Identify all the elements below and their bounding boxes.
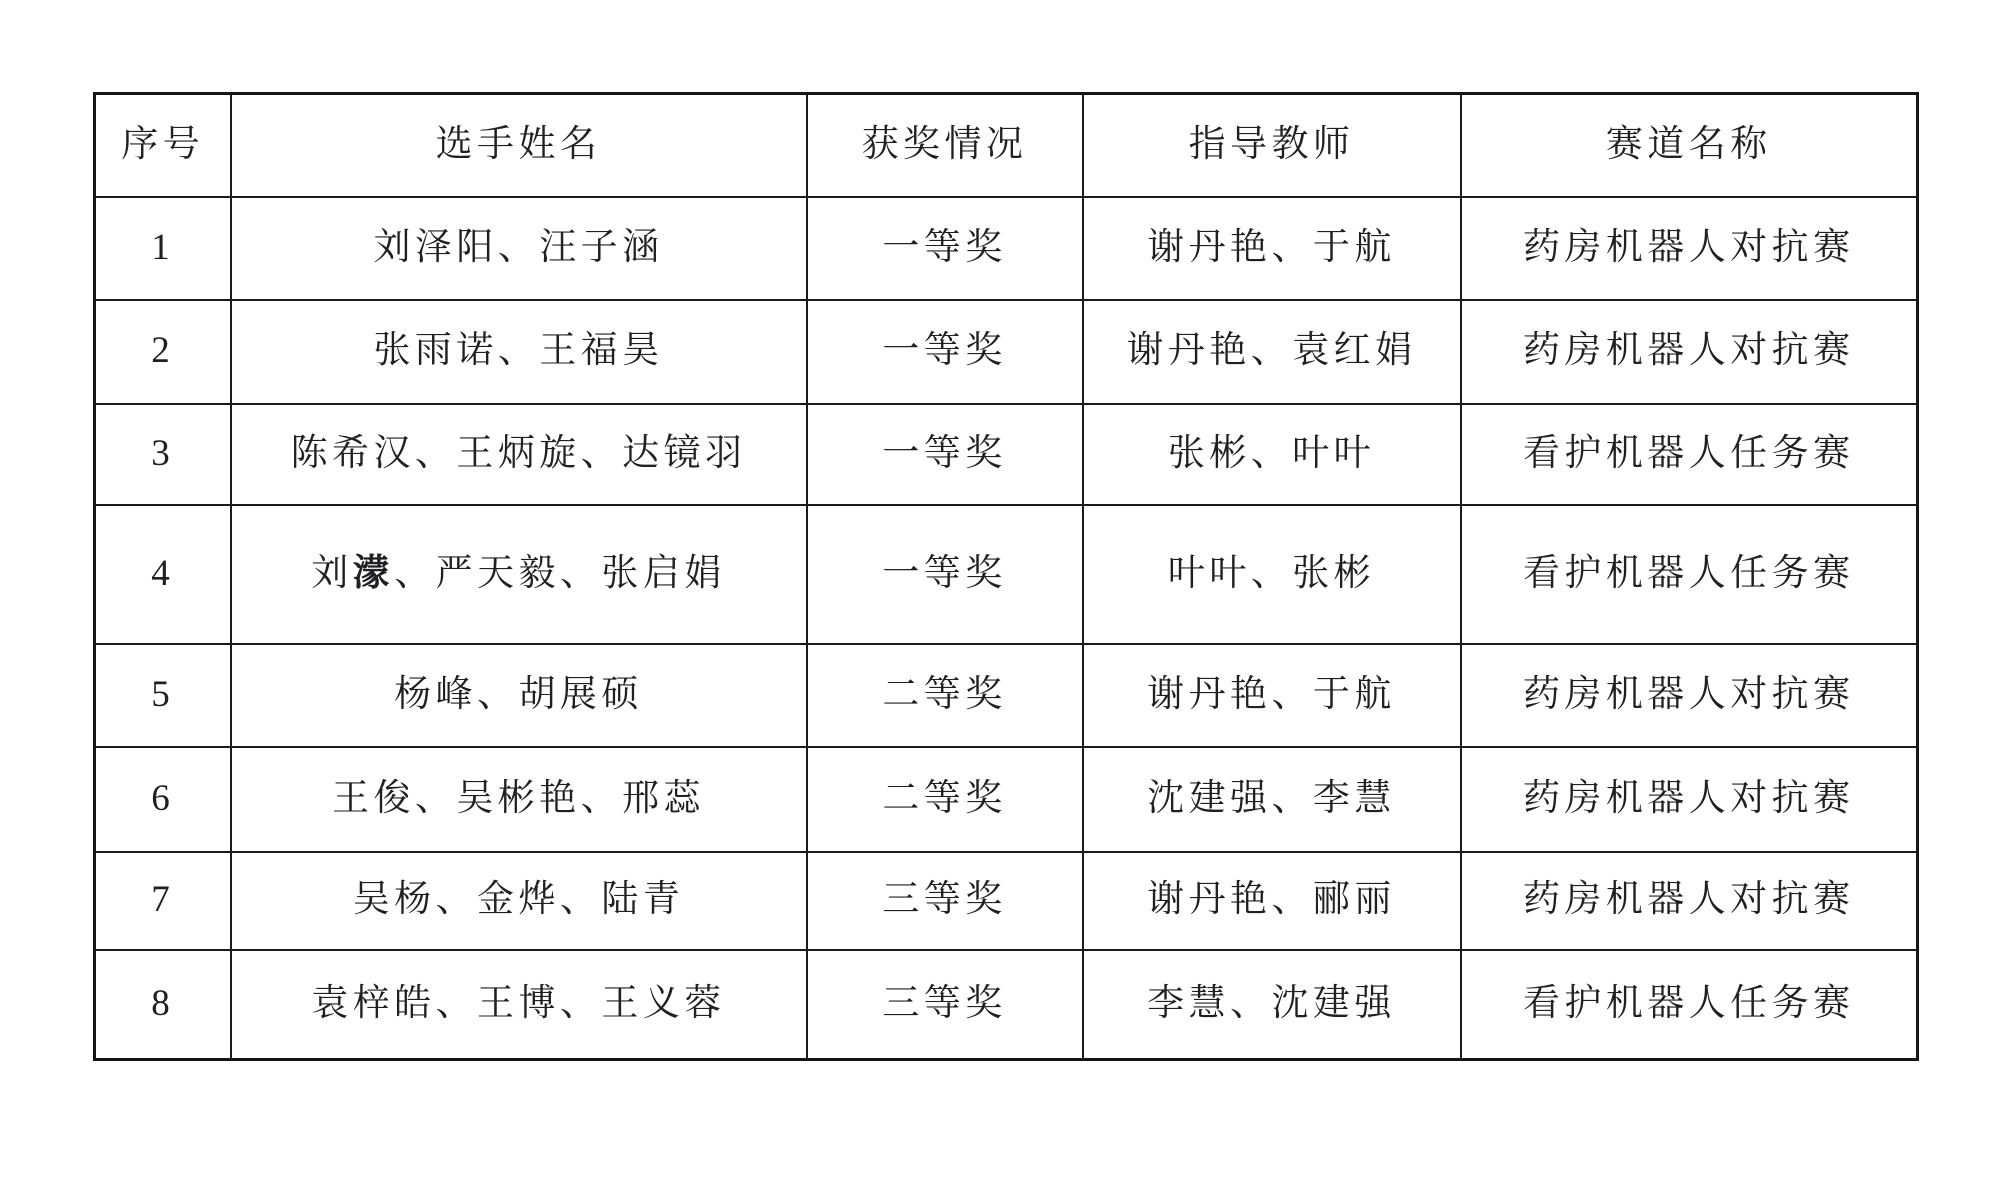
cell-contestants: 张雨诺、王福昊 [231,300,807,404]
header-cell-contestants: 选手姓名 [231,94,807,197]
table-row: 8袁梓皓、王博、王义蓉三等奖李慧、沈建强看护机器人任务赛 [95,950,1918,1060]
table-row: 7吴杨、金烨、陆青三等奖谢丹艳、郦丽药房机器人对抗赛 [95,852,1918,950]
cell-contestants: 袁梓皓、王博、王义蓉 [231,950,807,1060]
cell-track: 看护机器人任务赛 [1461,404,1918,505]
table-row: 1刘泽阳、汪子涵一等奖谢丹艳、于航药房机器人对抗赛 [95,197,1918,300]
cell-index: 8 [95,950,231,1060]
cell-award: 三等奖 [807,852,1083,950]
cell-teachers: 谢丹艳、郦丽 [1083,852,1461,950]
cell-teachers: 沈建强、李慧 [1083,747,1461,852]
header-cell-index: 序号 [95,94,231,197]
cell-track: 药房机器人对抗赛 [1461,644,1918,747]
cell-award: 三等奖 [807,950,1083,1060]
table-body: 1刘泽阳、汪子涵一等奖谢丹艳、于航药房机器人对抗赛2张雨诺、王福昊一等奖谢丹艳、… [95,197,1918,1060]
cell-award: 二等奖 [807,644,1083,747]
cell-contestants: 陈希汉、王炳旋、达镜羽 [231,404,807,505]
cell-track: 药房机器人对抗赛 [1461,747,1918,852]
table-row: 4刘濛、严天毅、张启娟一等奖叶叶、张彬看护机器人任务赛 [95,505,1918,644]
cell-teachers: 谢丹艳、袁红娟 [1083,300,1461,404]
cell-track: 药房机器人对抗赛 [1461,852,1918,950]
cell-index: 1 [95,197,231,300]
table-header: 序号 选手姓名 获奖情况 指导教师 赛道名称 [95,94,1918,197]
cell-index: 2 [95,300,231,404]
cell-award: 一等奖 [807,197,1083,300]
cell-award: 二等奖 [807,747,1083,852]
table-row: 3陈希汉、王炳旋、达镜羽一等奖张彬、叶叶看护机器人任务赛 [95,404,1918,505]
cell-teachers: 张彬、叶叶 [1083,404,1461,505]
cell-contestants: 刘濛、严天毅、张启娟 [231,505,807,644]
contestant-name-text: 刘 [311,553,352,594]
table-row: 2张雨诺、王福昊一等奖谢丹艳、袁红娟药房机器人对抗赛 [95,300,1918,404]
cell-track: 药房机器人对抗赛 [1461,197,1918,300]
table-header-row: 序号 选手姓名 获奖情况 指导教师 赛道名称 [95,94,1918,197]
cell-index: 6 [95,747,231,852]
cell-index: 5 [95,644,231,747]
cell-contestants: 刘泽阳、汪子涵 [231,197,807,300]
award-results-table: 序号 选手姓名 获奖情况 指导教师 赛道名称 1刘泽阳、汪子涵一等奖谢丹艳、于航… [93,92,1919,1061]
cell-teachers: 谢丹艳、于航 [1083,197,1461,300]
table-row: 5杨峰、胡展硕二等奖谢丹艳、于航药房机器人对抗赛 [95,644,1918,747]
contestant-name-text: 、严天毅、张启娟 [394,553,726,594]
cell-award: 一等奖 [807,300,1083,404]
header-cell-track: 赛道名称 [1461,94,1918,197]
cell-track: 看护机器人任务赛 [1461,950,1918,1060]
cell-award: 一等奖 [807,505,1083,644]
cell-contestants: 杨峰、胡展硕 [231,644,807,747]
cell-teachers: 谢丹艳、于航 [1083,644,1461,747]
document-page: 序号 选手姓名 获奖情况 指导教师 赛道名称 1刘泽阳、汪子涵一等奖谢丹艳、于航… [0,0,2000,1179]
header-cell-teachers: 指导教师 [1083,94,1461,197]
cell-track: 药房机器人对抗赛 [1461,300,1918,404]
cell-track: 看护机器人任务赛 [1461,505,1918,644]
cell-teachers: 叶叶、张彬 [1083,505,1461,644]
cell-index: 7 [95,852,231,950]
cell-contestants: 王俊、吴彬艳、邢蕊 [231,747,807,852]
contestant-name-emphasized: 濛 [353,551,394,594]
header-cell-award: 获奖情况 [807,94,1083,197]
table-row: 6王俊、吴彬艳、邢蕊二等奖沈建强、李慧药房机器人对抗赛 [95,747,1918,852]
cell-index: 4 [95,505,231,644]
cell-index: 3 [95,404,231,505]
cell-award: 一等奖 [807,404,1083,505]
cell-contestants: 吴杨、金烨、陆青 [231,852,807,950]
cell-teachers: 李慧、沈建强 [1083,950,1461,1060]
